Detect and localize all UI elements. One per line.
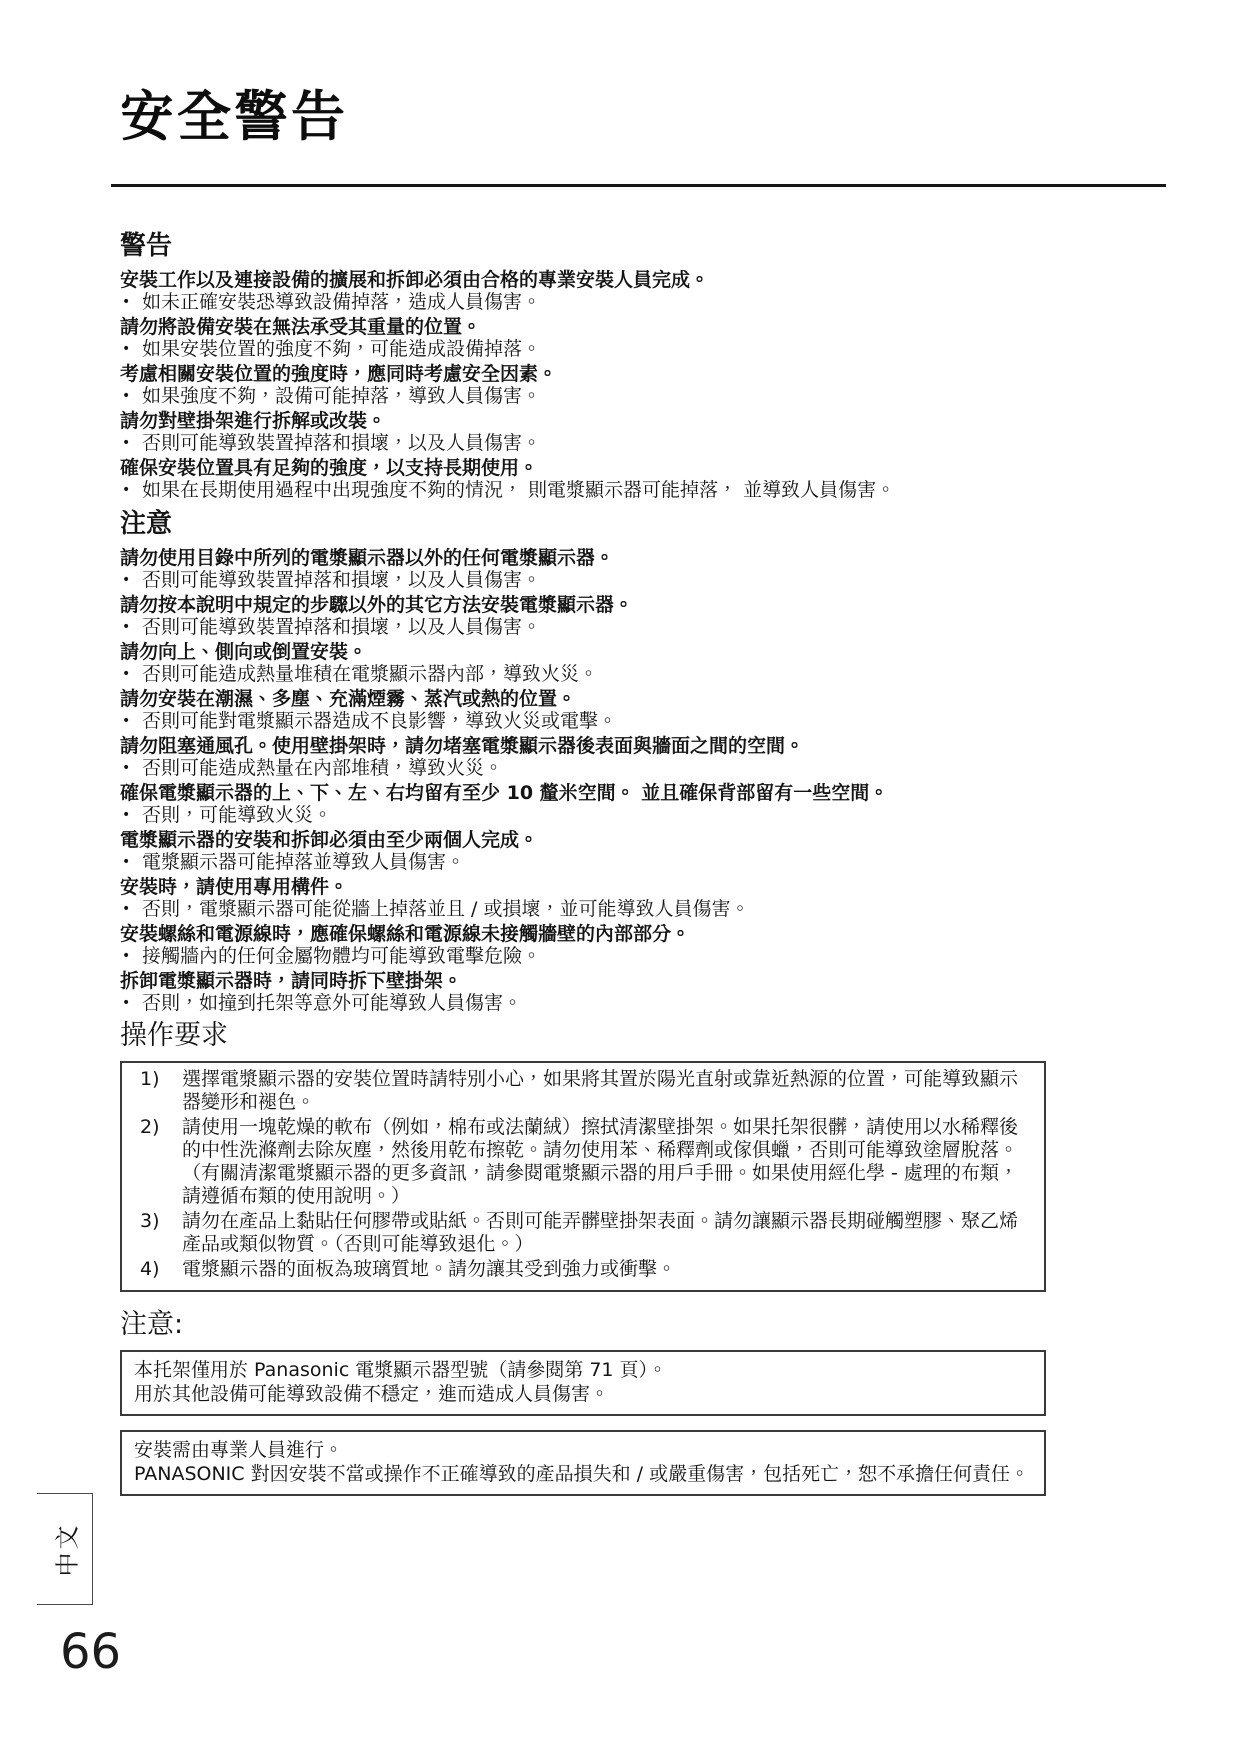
caution-item: 安裝時，請使用專用構件。 • 否則，電漿顯示器可能從牆上掉落並且 / 或損壞，並… — [120, 877, 1046, 920]
bullet-marker: • — [120, 805, 142, 827]
bullet-marker: • — [120, 993, 142, 1015]
notice-line: 用於其他設備可能導致設備不穩定，進而造成人員傷害。 — [134, 1382, 1032, 1406]
list-item: 3) 請勿在產品上黏貼任何膠帶或貼紙。否則可能弄髒壁掛架表面。請勿讓顯示器長期碰… — [134, 1210, 1032, 1256]
notice-box-liability: 安裝需由專業人員進行。 PANASONIC 對因安裝不當或操作不正確導致的產品損… — [120, 1430, 1046, 1496]
caution-detail-text: 否則可能造成熱量堆積在電漿顯示器內部，導致火災。 — [142, 664, 598, 686]
list-number: 1) — [134, 1068, 182, 1114]
caution-heading: 請勿使用目錄中所列的電漿顯示器以外的任何電漿顯示器。 — [120, 548, 1046, 570]
warning-item: 請勿將設備安裝在無法承受其重量的位置。 • 如果安裝位置的強度不夠，可能造成設備… — [120, 317, 1046, 360]
notice-line: PANASONIC 對因安裝不當或操作不正確導致的產品損失和 / 或嚴重傷害，包… — [134, 1462, 1032, 1486]
caution-section-header: 注意 — [120, 509, 1046, 539]
page-title: 安全警告 — [120, 84, 1046, 150]
language-tab: 中文 — [37, 1493, 93, 1605]
list-item: 2) 請使用一塊乾燥的軟布（例如，棉布或法蘭絨）擦拭清潔壁掛架。如果托架很髒，請… — [134, 1116, 1032, 1208]
caution-detail-text: 否則，如撞到托架等意外可能導致人員傷害。 — [142, 993, 522, 1015]
list-text: 請使用一塊乾燥的軟布（例如，棉布或法蘭絨）擦拭清潔壁掛架。如果托架很髒，請使用以… — [182, 1116, 1032, 1162]
warning-item: 確保安裝位置具有足夠的強度，以支持長期使用。 • 如果在長期使用過程中出現強度不… — [120, 458, 1046, 501]
language-tab-label: 中文 — [47, 1522, 82, 1576]
warning-detail-text: 否則可能導致裝置掉落和損壞，以及人員傷害。 — [142, 433, 541, 455]
warning-detail: • 如未正確安裝恐導致設備掉落，造成人員傷害。 — [120, 292, 1046, 314]
caution-detail-text: 否則，可能導致火災。 — [142, 805, 332, 827]
caution-heading: 安裝時，請使用專用構件。 — [120, 877, 1046, 899]
caution-detail: • 否則，電漿顯示器可能從牆上掉落並且 / 或損壞，並可能導致人員傷害。 — [120, 899, 1046, 921]
bullet-marker: • — [120, 292, 142, 314]
bullet-marker: • — [120, 711, 142, 733]
caution-heading: 請勿向上、側向或倒置安裝。 — [120, 642, 1046, 664]
manual-page: 安全警告 警告 安裝工作以及連接設備的擴展和拆卸必須由合格的專業安裝人員完成。 … — [0, 0, 1241, 1754]
caution-heading: 請勿阻塞通風孔。使用壁掛架時，請勿堵塞電漿顯示器後表面與牆面之間的空間。 — [120, 736, 1046, 758]
operation-section-header: 操作要求 — [120, 1020, 1046, 1052]
warning-detail-text: 如果在長期使用過程中出現強度不夠的情況， 則電漿顯示器可能掉落， 並導致人員傷害… — [142, 480, 895, 502]
caution-item: 確保電漿顯示器的上、下、左、右均留有至少 10 釐米空間。 並且確保背部留有一些… — [120, 783, 1046, 826]
list-note: （有關清潔電漿顯示器的更多資訊，請參閱電漿顯示器的用戶手冊。如果使用經化學 - … — [182, 1162, 1032, 1208]
caution-item: 請勿按本說明中規定的步驟以外的其它方法安裝電漿顯示器。 • 否則可能導致裝置掉落… — [120, 595, 1046, 638]
warning-item: 請勿對壁掛架進行拆解或改裝。 • 否則可能導致裝置掉落和損壞，以及人員傷害。 — [120, 411, 1046, 454]
warning-detail: • 如果強度不夠，設備可能掉落，導致人員傷害。 — [120, 386, 1046, 408]
caution-heading: 安裝螺絲和電源線時，應確保螺絲和電源線未接觸牆壁的內部部分。 — [120, 924, 1046, 946]
bullet-marker: • — [120, 480, 142, 502]
caution-detail-text: 否則可能對電漿顯示器造成不良影響，導致火災或電擊。 — [142, 711, 617, 733]
caution-detail: • 否則可能造成熱量堆積在電漿顯示器內部，導致火災。 — [120, 664, 1046, 686]
caution-heading: 拆卸電漿顯示器時，請同時拆下壁掛架。 — [120, 971, 1046, 993]
list-text: 電漿顯示器的面板為玻璃質地。請勿讓其受到強力或衝擊。 — [182, 1258, 1032, 1281]
notice-box-model: 本托架僅用於 Panasonic 電漿顯示器型號（請參閱第 71 頁）。 用於其… — [120, 1350, 1046, 1416]
caution-detail: • 否則，如撞到托架等意外可能導致人員傷害。 — [120, 993, 1046, 1015]
caution-detail-text: 否則可能導致裝置掉落和損壞，以及人員傷害。 — [142, 570, 541, 592]
caution-item: 請勿使用目錄中所列的電漿顯示器以外的任何電漿顯示器。 • 否則可能導致裝置掉落和… — [120, 548, 1046, 591]
warning-detail: • 如果安裝位置的強度不夠，可能造成設備掉落。 — [120, 339, 1046, 361]
caution-heading: 請勿安裝在潮濕、多塵、充滿煙霧、蒸汽或熱的位置。 — [120, 689, 1046, 711]
bullet-marker: • — [120, 570, 142, 592]
caution-heading: 確保電漿顯示器的上、下、左、右均留有至少 10 釐米空間。 並且確保背部留有一些… — [120, 783, 1046, 805]
warning-detail-text: 如果強度不夠，設備可能掉落，導致人員傷害。 — [142, 386, 541, 408]
caution-item: 請勿向上、側向或倒置安裝。 • 否則可能造成熱量堆積在電漿顯示器內部，導致火災。 — [120, 642, 1046, 685]
notice-line: 安裝需由專業人員進行。 — [134, 1438, 1032, 1462]
notice-section-header: 注意: — [120, 1309, 1046, 1341]
bullet-marker: • — [120, 617, 142, 639]
caution-detail-text: 否則可能導致裝置掉落和損壞，以及人員傷害。 — [142, 617, 541, 639]
caution-detail: • 接觸牆內的任何金屬物體均可能導致電擊危險。 — [120, 946, 1046, 968]
notice-line: 本托架僅用於 Panasonic 電漿顯示器型號（請參閱第 71 頁）。 — [134, 1358, 1032, 1382]
caution-detail: • 否則可能導致裝置掉落和損壞，以及人員傷害。 — [120, 617, 1046, 639]
caution-item: 電漿顯示器的安裝和拆卸必須由至少兩個人完成。 • 電漿顯示器可能掉落並導致人員傷… — [120, 830, 1046, 873]
warning-item: 考慮相關安裝位置的強度時，應同時考慮安全因素。 • 如果強度不夠，設備可能掉落，… — [120, 364, 1046, 407]
caution-item: 安裝螺絲和電源線時，應確保螺絲和電源線未接觸牆壁的內部部分。 • 接觸牆內的任何… — [120, 924, 1046, 967]
caution-detail-text: 電漿顯示器可能掉落並導致人員傷害。 — [142, 852, 465, 874]
bullet-marker: • — [120, 386, 142, 408]
caution-detail-text: 否則可能造成熱量在內部堆積，導致火災。 — [142, 758, 503, 780]
warning-heading: 安裝工作以及連接設備的擴展和拆卸必須由合格的專業安裝人員完成。 — [120, 270, 1046, 292]
list-number: 3) — [134, 1210, 182, 1256]
bullet-marker: • — [120, 946, 142, 968]
list-item: 1) 選擇電漿顯示器的安裝位置時請特別小心，如果將其置於陽光直射或靠近熱源的位置… — [134, 1068, 1032, 1114]
warning-section-header: 警告 — [120, 231, 1046, 261]
warning-detail: • 否則可能導致裝置掉落和損壞，以及人員傷害。 — [120, 433, 1046, 455]
warning-detail-text: 如未正確安裝恐導致設備掉落，造成人員傷害。 — [142, 292, 541, 314]
caution-heading: 請勿按本說明中規定的步驟以外的其它方法安裝電漿顯示器。 — [120, 595, 1046, 617]
caution-item: 拆卸電漿顯示器時，請同時拆下壁掛架。 • 否則，如撞到托架等意外可能導致人員傷害… — [120, 971, 1046, 1014]
bullet-marker: • — [120, 758, 142, 780]
warning-detail: • 如果在長期使用過程中出現強度不夠的情況， 則電漿顯示器可能掉落， 並導致人員… — [120, 480, 1046, 502]
bullet-marker: • — [120, 852, 142, 874]
bullet-marker: • — [120, 899, 142, 921]
warning-detail-text: 如果安裝位置的強度不夠，可能造成設備掉落。 — [142, 339, 541, 361]
operation-requirements-box: 1) 選擇電漿顯示器的安裝位置時請特別小心，如果將其置於陽光直射或靠近熱源的位置… — [120, 1061, 1046, 1292]
caution-heading: 電漿顯示器的安裝和拆卸必須由至少兩個人完成。 — [120, 830, 1046, 852]
bullet-marker: • — [120, 433, 142, 455]
list-number: 4) — [134, 1258, 182, 1281]
bullet-marker: • — [120, 664, 142, 686]
warning-heading: 請勿對壁掛架進行拆解或改裝。 — [120, 411, 1046, 433]
list-item: 4) 電漿顯示器的面板為玻璃質地。請勿讓其受到強力或衝擊。 — [134, 1258, 1032, 1281]
warning-heading: 請勿將設備安裝在無法承受其重量的位置。 — [120, 317, 1046, 339]
caution-detail-text: 接觸牆內的任何金屬物體均可能導致電擊危險。 — [142, 946, 541, 968]
list-body: 請使用一塊乾燥的軟布（例如，棉布或法蘭絨）擦拭清潔壁掛架。如果托架很髒，請使用以… — [182, 1116, 1032, 1208]
page-content: 安全警告 警告 安裝工作以及連接設備的擴展和拆卸必須由合格的專業安裝人員完成。 … — [120, 84, 1046, 1510]
list-text: 選擇電漿顯示器的安裝位置時請特別小心，如果將其置於陽光直射或靠近熱源的位置，可能… — [182, 1068, 1032, 1114]
list-text: 請勿在產品上黏貼任何膠帶或貼紙。否則可能弄髒壁掛架表面。請勿讓顯示器長期碰觸塑膠… — [182, 1210, 1032, 1256]
title-divider — [111, 184, 1166, 187]
warning-heading: 確保安裝位置具有足夠的強度，以支持長期使用。 — [120, 458, 1046, 480]
caution-detail: • 否則可能造成熱量在內部堆積，導致火災。 — [120, 758, 1046, 780]
caution-detail: • 否則可能對電漿顯示器造成不良影響，導致火災或電擊。 — [120, 711, 1046, 733]
caution-detail: • 否則，可能導致火災。 — [120, 805, 1046, 827]
bullet-marker: • — [120, 339, 142, 361]
caution-item: 請勿安裝在潮濕、多塵、充滿煙霧、蒸汽或熱的位置。 • 否則可能對電漿顯示器造成不… — [120, 689, 1046, 732]
page-number: 66 — [60, 1624, 121, 1680]
list-number: 2) — [134, 1116, 182, 1208]
warning-item: 安裝工作以及連接設備的擴展和拆卸必須由合格的專業安裝人員完成。 • 如未正確安裝… — [120, 270, 1046, 313]
caution-item: 請勿阻塞通風孔。使用壁掛架時，請勿堵塞電漿顯示器後表面與牆面之間的空間。 • 否… — [120, 736, 1046, 779]
caution-detail-text: 否則，電漿顯示器可能從牆上掉落並且 / 或損壞，並可能導致人員傷害。 — [142, 899, 749, 921]
caution-detail: • 否則可能導致裝置掉落和損壞，以及人員傷害。 — [120, 570, 1046, 592]
warning-heading: 考慮相關安裝位置的強度時，應同時考慮安全因素。 — [120, 364, 1046, 386]
caution-detail: • 電漿顯示器可能掉落並導致人員傷害。 — [120, 852, 1046, 874]
